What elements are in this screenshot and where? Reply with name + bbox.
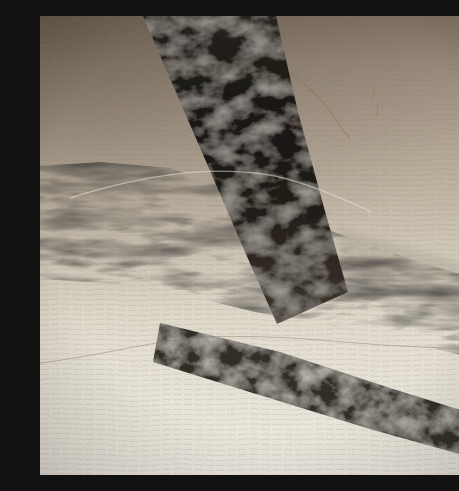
photo-abstract-print: Close-up photograph of an abstract monoc… <box>40 16 459 475</box>
photo-canvas <box>40 16 459 475</box>
photo-vignette <box>40 16 459 475</box>
